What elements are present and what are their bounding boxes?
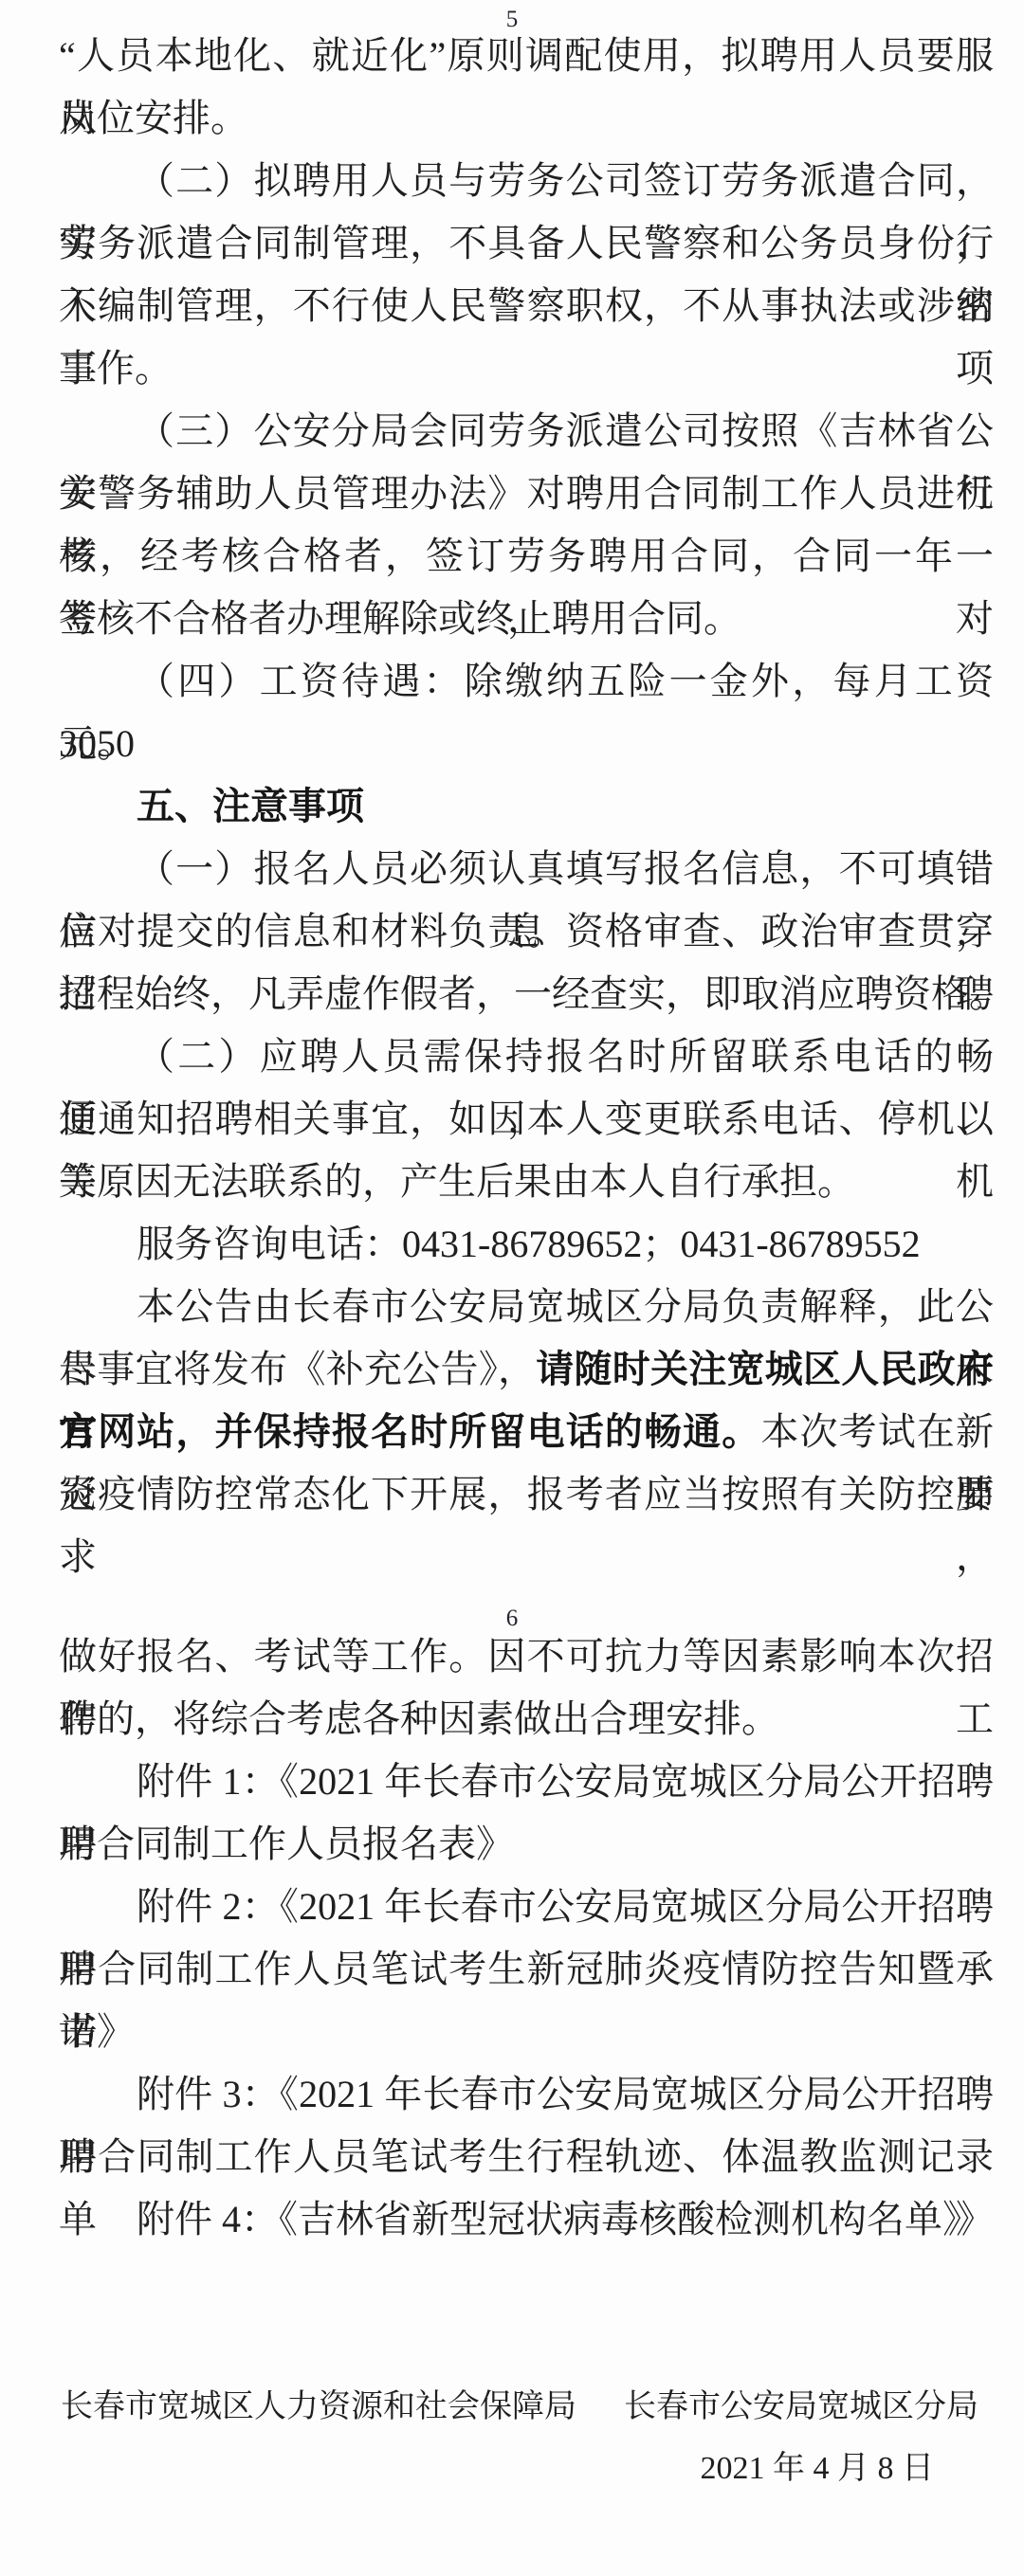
text-segment: 附件 4：《吉林省新型冠状病毒核酸检测机构名单》 [137, 2198, 980, 2240]
text-line: 岗位安排。 [59, 87, 994, 150]
text-line: （一）报名人员必须认真填写报名信息，不可填错信息， [59, 838, 994, 900]
text-segment: 岗位安排。 [59, 97, 248, 139]
text-line: 劳务派遣合同制管理，不具备人民警察和公务员身份，不纳 [59, 212, 994, 275]
text-line: 附件 2：《2021 年长春市公安局宽城区分局公开招聘聘 [59, 1876, 994, 1938]
text-line: 附件 1：《2021 年长春市公安局宽城区分局公开招聘聘 [59, 1751, 994, 1813]
text-line: （二）拟聘用人员与劳务公司签订劳务派遣合同，实行 [59, 150, 994, 212]
text-line: 应对提交的信息和材料负责。资格审查、政治审查贯穿招聘 [59, 900, 994, 963]
text-line: 用合同制工作人员报名表》 [59, 1813, 994, 1876]
text-line: “人员本地化、就近化”原则调配使用，拟聘用人员要服从 [59, 25, 994, 87]
text-line: （三）公安分局会同劳务派遣公司按照《吉林省公安机 [59, 400, 994, 463]
text-line: 入编制管理，不行使人民警察职权，不从事执法或涉密事项 [59, 275, 994, 337]
text-line: （二）应聘人员需保持报名时所留联系电话的畅通，以 [59, 1025, 994, 1088]
text-line: 附件 3：《2021 年长春市公安局宽城区分局公开招聘聘 [59, 2063, 994, 2126]
text-line: 过程始终，凡弄虚作假者，一经查实，即取消应聘资格。 [59, 963, 994, 1025]
text-line: 尽事宜将发布《补充公告》，请随时关注宽城区人民政府官 [59, 1338, 994, 1401]
text-segment: 用合同制工作人员报名表》 [59, 1823, 514, 1865]
text-line: 用合同制工作人员笔试考生新冠肺炎疫情防控告知暨承诺 [59, 1938, 994, 2001]
text-segment: 服务咨询电话：0431-86789652；0431-86789552 [137, 1223, 921, 1265]
text-segment: 五、注意事项 [137, 786, 364, 827]
text-line: 便通知招聘相关事宜，如因本人变更联系电话、停机、关机 [59, 1088, 994, 1151]
text-segment: 等原因无法联系的，产生后果由本人自行承担。 [59, 1160, 855, 1203]
text-line: （四）工资待遇：除缴纳五险一金外，每月工资 3050 [59, 650, 994, 713]
text-line: 关警务辅助人员管理办法》对聘用合同制工作人员进行考 [59, 463, 994, 525]
text-segment: 书》 [59, 2010, 135, 2053]
text-line: 本公告由长春市公安局宽城区分局负责解释，此公告未 [59, 1276, 994, 1338]
signature-organizations: 长春市宽城区人力资源和社会保障局 长春市公安局宽城区分局 [61, 2376, 978, 2439]
text-line: 附件 4：《吉林省新型冠状病毒核酸检测机构名单》 [59, 2188, 994, 2251]
text-segment: 炎疫情防控常态化下开展，报考者应当按照有关防控要求， [59, 1473, 994, 1578]
text-segment: 作的，将综合考虑各种因素做出合理安排。 [59, 1697, 779, 1740]
text-line: 服务咨询电话：0431-86789652；0431-86789552 [59, 1213, 994, 1276]
text-line: 书》 [59, 2001, 994, 2063]
text-line: 炎疫情防控常态化下开展，报考者应当按照有关防控要求， [59, 1463, 994, 1526]
signature-org-left: 长春市宽城区人力资源和社会保障局 [61, 2376, 576, 2439]
text-line: 做好报名、考试等工作。因不可抗力等因素影响本次招聘工 [59, 1625, 994, 1688]
page-6-body: 做好报名、考试等工作。因不可抗力等因素影响本次招聘工作的，将综合考虑各种因素做出… [59, 1625, 994, 2251]
text-line: 等原因无法联系的，产生后果由本人自行承担。 [59, 1151, 994, 1213]
page-5-body: “人员本地化、就近化”原则调配使用，拟聘用人员要服从岗位安排。（二）拟聘用人员与… [59, 25, 994, 1526]
text-line: 用合同制工作人员笔试考生行程轨迹、体温教监测记录单》 [59, 2126, 994, 2188]
signature-org-right: 长春市公安局宽城区分局 [624, 2376, 978, 2439]
signature-date: 2021 年 4 月 8 日 [701, 2438, 935, 2500]
text-segment: 尽事宜将发布《补充公告》， [59, 1348, 536, 1390]
text-segment: 入编制管理，不行使人民警察职权，不从事执法或涉密事项 [59, 284, 994, 390]
text-segment: 过程始终，凡弄虚作假者，一经查实，即取消应聘资格。 [59, 972, 1007, 1015]
text-segment: 工作。 [59, 347, 173, 390]
emphasis-text: 方网站，并保持报名时所留电话的畅通。 [59, 1410, 760, 1453]
text-segment: 考核不合格者办理解除或终止聘用合同。 [59, 597, 741, 640]
text-line: 元。 [59, 713, 994, 775]
text-segment: 元。 [59, 722, 135, 765]
text-line: 方网站，并保持报名时所留电话的畅通。本次考试在新冠肺 [59, 1401, 994, 1463]
section-heading: 五、注意事项 [59, 775, 994, 838]
official-notice-document: 5 “人员本地化、就近化”原则调配使用，拟聘用人员要服从岗位安排。（二）拟聘用人… [0, 0, 1024, 2576]
text-line: 核，经考核合格者，签订劳务聘用合同，合同一年一签，对 [59, 525, 994, 588]
